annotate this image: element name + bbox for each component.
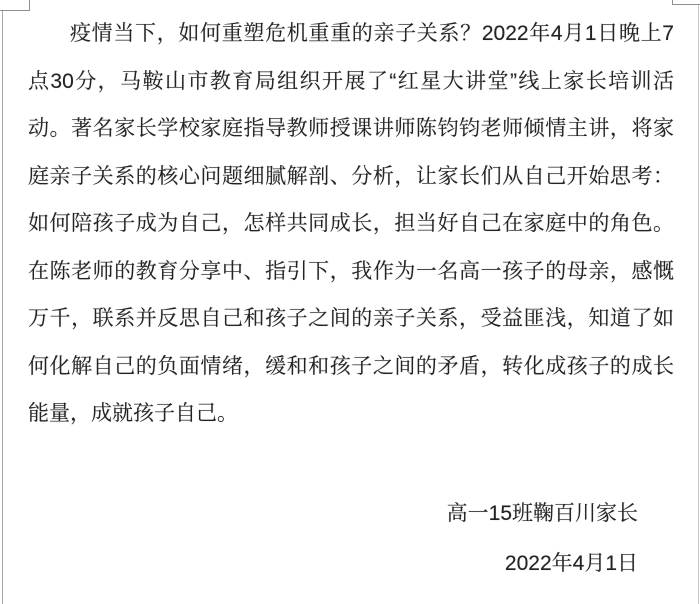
document-page: 疫情当下，如何重塑危机重重的亲子关系？2022年4月1日晚上7点30分，马鞍山市… xyxy=(0,0,700,604)
body-paragraph: 疫情当下，如何重塑危机重重的亲子关系？2022年4月1日晚上7点30分，马鞍山市… xyxy=(28,10,674,438)
text-boundary-corner-top-right xyxy=(672,0,700,5)
signature-block: 高一15班鞠百川家长 2022年4月1日 xyxy=(0,489,638,589)
text-boundary-corner-top-left xyxy=(0,0,30,11)
page-right-edge-line xyxy=(698,4,699,604)
signature-name: 高一15班鞠百川家长 xyxy=(0,489,638,539)
signature-date: 2022年4月1日 xyxy=(0,539,638,589)
